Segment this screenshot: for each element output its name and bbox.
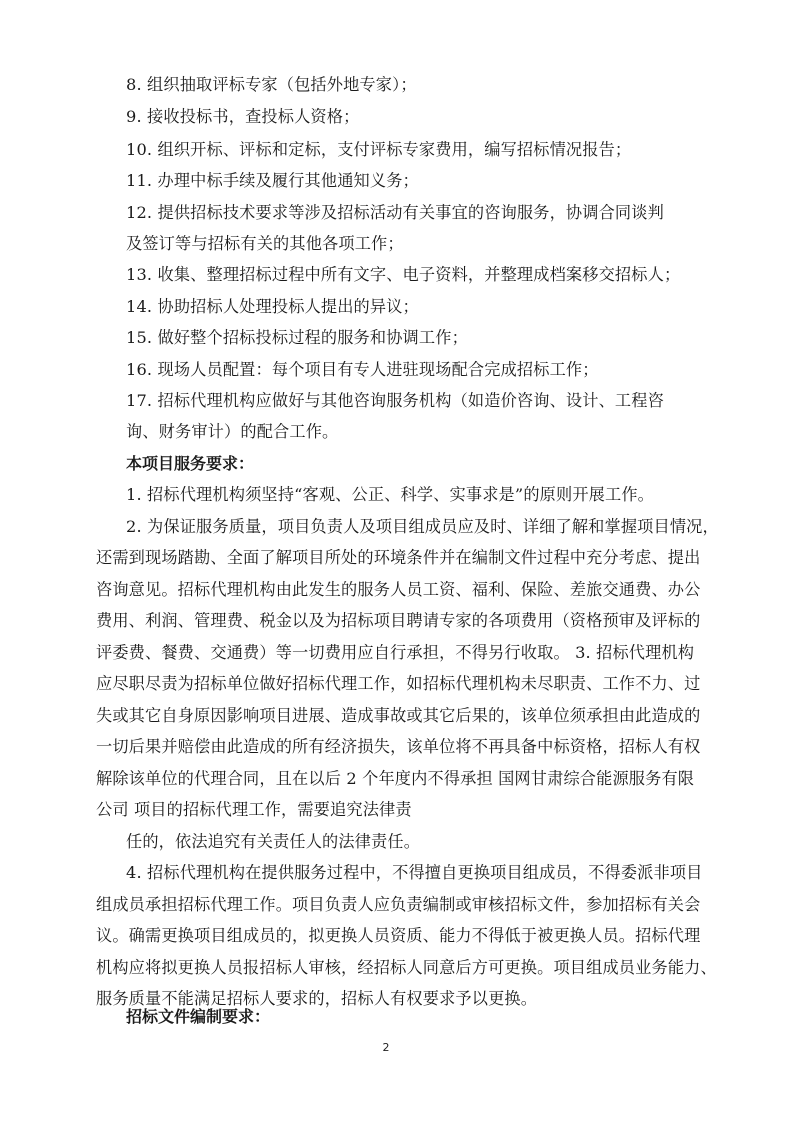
list-item-10: 10. 组织开标、评标和定标，支付评标专家费用，编写招标情况报告； [126, 138, 631, 162]
page-number: 2 [381, 1040, 391, 1056]
list-item-16: 16. 现场人员配置：每个项目有专人进驻现场配合完成招标工作； [126, 358, 599, 382]
service-paragraph-line: 机构应将拟更换人员报招标人审核，经招标人同意后方可更换。项目组成员业务能力、 [96, 956, 677, 980]
service-item-1: 1. 招标代理机构须坚持“客观、公正、科学、实事求是”的原则开展工作。 [126, 483, 654, 507]
list-item-14: 14. 协助招标人处理投标人提出的异议； [126, 295, 419, 319]
list-item-12: 12. 提供招标技术要求等涉及招标活动有关事宜的咨询服务，协调合同谈判 [126, 201, 651, 225]
service-paragraph-line: 任的，依法追究有关责任人的法律责任。 [126, 830, 420, 854]
list-item-9: 9. 接收投标书，查投标人资格； [126, 105, 359, 129]
list-item-11: 11. 办理中标手续及履行其他通知义务； [126, 169, 419, 193]
list-item-13: 13. 收集、整理招标过程中所有文字、电子资料，并整理成档案移交招标人； [126, 263, 680, 287]
service-paragraph-line: 一切后果并赔偿由此造成的所有经济损失，该单位将不再具备中标资格，招标人有权 [96, 735, 677, 759]
service-paragraph-line: 组成员承担招标代理工作。项目负责人应负责编制或审核招标文件，参加招标有关会 [96, 893, 677, 917]
service-paragraph-line: 公司 项目的招标代理工作，需要追究法律责 [96, 798, 412, 822]
list-item-17-cont: 询、财务审计）的配合工作。 [126, 420, 338, 444]
list-item-17: 17. 招标代理机构应做好与其他咨询服务机构（如造价咨询、设计、工程咨 [126, 389, 651, 413]
service-paragraph-line: 解除该单位的代理合同，且在以后 2 个年度内不得承担 国网甘肃综合能源服务有限 [96, 767, 677, 791]
service-paragraph-line: 评委费、餐费、交通费）等一切费用应自行承担，不得另行收取。 3. 招标代理机构 [96, 641, 677, 665]
service-paragraph-line: 议。确需更换项目组成员的，拟更换人员资质、能力不得低于被更换人员。招标代理 [96, 924, 677, 948]
service-item-2: 2. 为保证服务质量，项目负责人及项目组成员应及时、详细了解和掌握项目情况， [126, 515, 677, 539]
service-paragraph-line: 咨询意见。招标代理机构由此发生的服务人员工资、福利、保险、差旅交通费、办公 [96, 578, 677, 602]
service-item-4: 4. 招标代理机构在提供服务过程中，不得擅自更换项目组成员，不得委派非项目 [126, 861, 677, 885]
section-heading-tender-document-requirements: 招标文件编制要求： [126, 1005, 270, 1029]
document-page: 8. 组织抽取评标专家（包括外地专家）； 9. 接收投标书，查投标人资格； 10… [0, 0, 793, 1122]
list-item-12-cont: 及签订等与招标有关的其他各项工作； [126, 232, 404, 256]
list-item-15: 15. 做好整个招标投标过程的服务和协调工作； [126, 326, 468, 350]
list-item-8: 8. 组织抽取评标专家（包括外地专家）； [126, 73, 417, 97]
service-paragraph-line: 还需到现场踏勘、全面了解项目所处的环境条件并在编制文件过程中充分考虑、提出 [96, 546, 677, 570]
service-paragraph-line: 应尽职尽责为招标单位做好招标代理工作，如招标代理机构未尽职责、工作不力、过 [96, 672, 677, 696]
service-paragraph-line: 费用、利润、管理费、税金以及为招标项目聘请专家的各项费用（资格预审及评标的 [96, 609, 677, 633]
section-heading-service-requirements: 本项目服务要求： [126, 452, 254, 476]
service-paragraph-line: 失或其它自身原因影响项目进展、造成事故或其它后果的，该单位须承担由此造成的 [96, 704, 677, 728]
